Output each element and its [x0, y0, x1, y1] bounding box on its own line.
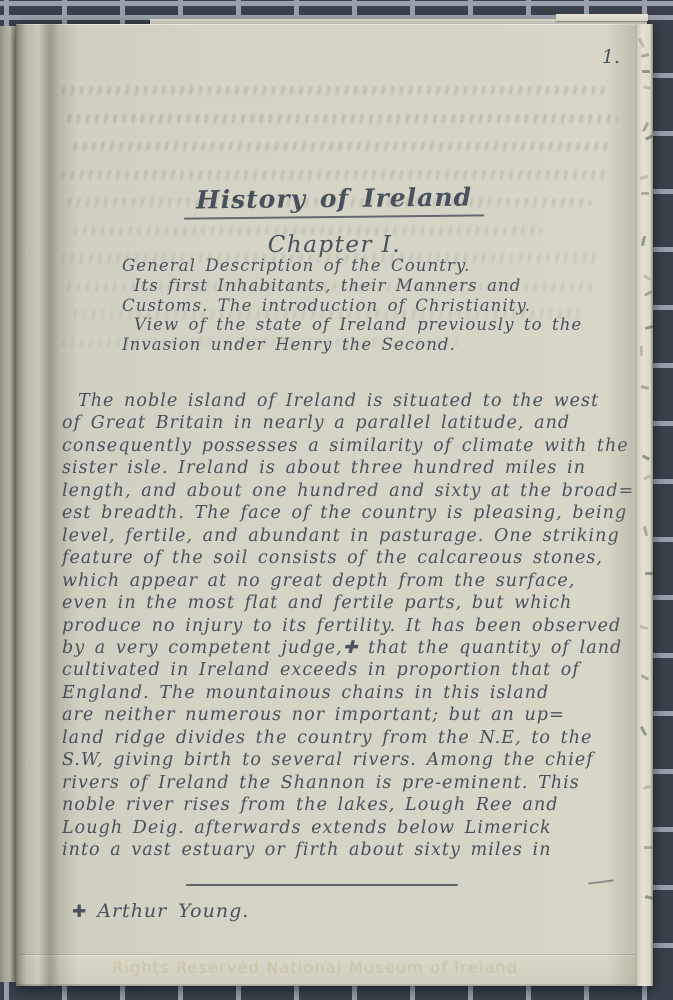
text-line: feature of the soil consists of the calc…	[62, 547, 634, 569]
fore-edge-ink-mark	[642, 122, 649, 132]
fore-edge-ink-mark	[638, 38, 645, 48]
text-line: Its first Inhabitants, their Manners and	[134, 276, 582, 296]
text-line: by a very competent judge,✚ that the qua…	[62, 637, 634, 659]
body-text: The noble island of Ireland is situated …	[62, 390, 634, 862]
fore-edge-ink-mark	[643, 85, 651, 89]
text-line: which appear at no great depth from the …	[62, 570, 634, 592]
page-stack-corner	[556, 14, 648, 21]
fore-edge-ink-mark	[645, 572, 653, 575]
fore-edge-ink-mark	[641, 385, 649, 389]
copyright-watermark: Rights Reserved National Museum of Irela…	[112, 958, 653, 977]
fore-edge-ink-mark	[645, 325, 653, 329]
fore-edge-ink-mark	[644, 846, 652, 849]
footnote: ✚Arthur Young.	[72, 900, 249, 922]
heading-block: History of Ireland	[16, 184, 653, 218]
text-line: land ridge divides the country from the …	[62, 727, 634, 749]
fore-edge-ink-mark	[642, 454, 650, 460]
text-line: are neither numerous nor important; but …	[62, 704, 634, 726]
footnote-text: Arthur Young.	[97, 900, 249, 922]
text-line: length, and about one hundred and sixty …	[62, 480, 634, 502]
fore-edge-ink-mark	[642, 70, 650, 73]
ink-flourish	[588, 879, 614, 884]
text-line: est breadth. The face of the country is …	[62, 502, 634, 524]
text-line: produce no injury to its fertility. It h…	[62, 615, 634, 637]
text-line: Invasion under Henry the Second.	[122, 335, 582, 355]
footnote-cross-icon: ✚	[72, 902, 87, 922]
text-line: England. The mountainous chains in this …	[62, 682, 634, 704]
text-line: View of the state of Ireland previously …	[134, 315, 582, 335]
text-line: S.W, giving birth to several rivers. Amo…	[62, 749, 634, 771]
show-through-line	[66, 114, 618, 123]
show-through-line	[72, 142, 612, 151]
fore-edge-ink-mark	[640, 726, 647, 736]
text-line: rivers of Ireland the Shannon is pre-emi…	[62, 772, 634, 794]
fore-edge-ink-mark	[643, 526, 648, 536]
text-line: Lough Deig. afterwards extends below Lim…	[62, 817, 634, 839]
text-line: into a vast estuary or firth about sixty…	[62, 839, 634, 861]
fore-edge-ink-mark	[641, 192, 649, 195]
text-line: level, fertile, and abundant in pasturag…	[62, 525, 634, 547]
fore-edge-ink-mark	[641, 53, 649, 57]
chapter-heading: Chapter I.	[16, 232, 653, 258]
fore-edge-ink-mark	[643, 474, 651, 480]
photo-backdrop-grid: 1. History of Ireland Chapter I. General…	[0, 0, 673, 1000]
fore-edge-ink-mark	[645, 134, 653, 140]
fore-edge-ink-mark	[640, 175, 648, 179]
fore-edge-ink-mark	[643, 274, 651, 280]
text-line: of Great Britain in nearly a parallel la…	[62, 412, 634, 434]
text-line: Customs. The introduction of Christianit…	[122, 296, 582, 316]
show-through-line	[60, 86, 605, 95]
fore-edge-ink-mark	[645, 895, 653, 899]
text-line: sister isle. Ireland is about three hund…	[62, 457, 634, 479]
fore-edge-strip	[636, 24, 653, 986]
page-title: History of Ireland	[184, 182, 484, 219]
fore-edge-ink-mark	[643, 785, 651, 789]
manuscript-page: 1. History of Ireland Chapter I. General…	[16, 24, 653, 986]
show-through-line	[60, 170, 608, 179]
text-line: consequently possesses a similarity of c…	[62, 435, 634, 457]
fore-edge-ink-mark	[644, 290, 652, 296]
footnote-rule	[186, 884, 458, 886]
chapter-summary: General Description of the Country.Its f…	[122, 256, 582, 355]
text-line: even in the most flat and fertile parts,…	[62, 592, 634, 614]
fore-edge-ink-mark	[640, 625, 648, 629]
page-number: 1.	[602, 46, 620, 68]
fore-edge-ink-mark	[641, 674, 649, 680]
text-line: cultivated in Ireland exceeds in proport…	[62, 659, 634, 681]
text-line: The noble island of Ireland is situated …	[62, 390, 634, 412]
text-line: noble river rises from the lakes, Lough …	[62, 794, 634, 816]
fore-edge-ink-mark	[640, 346, 643, 356]
text-line: General Description of the Country.	[122, 256, 582, 276]
fore-edge-ink-mark	[641, 236, 646, 246]
